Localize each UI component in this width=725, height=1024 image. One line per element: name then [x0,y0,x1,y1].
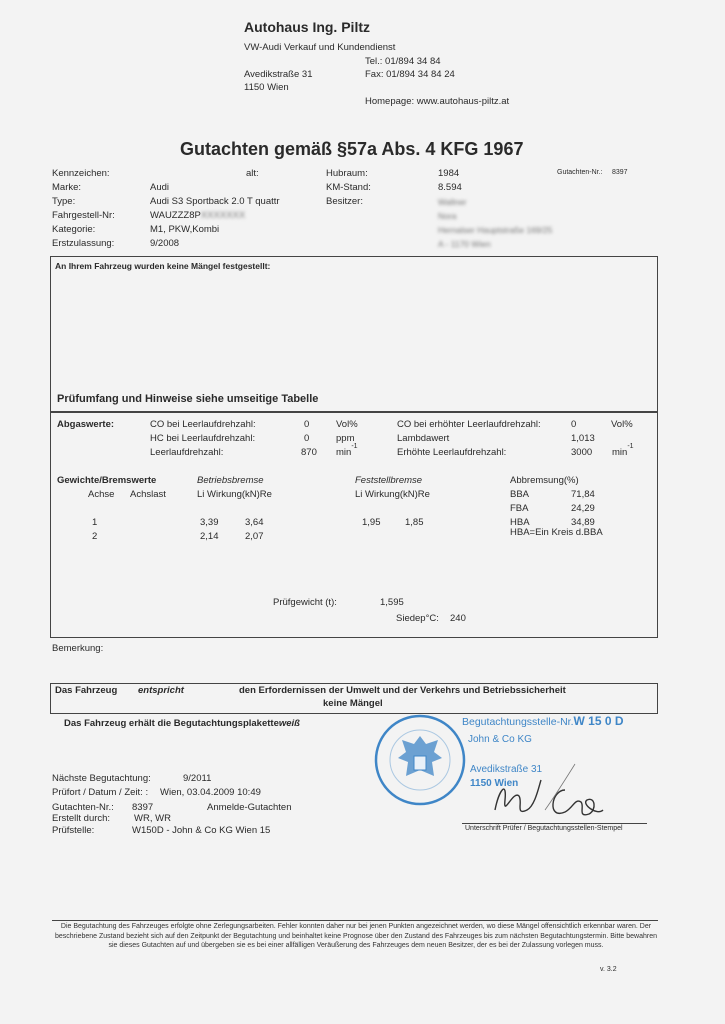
unit-sup: -1 [627,443,633,450]
unit-sup: -1 [351,443,357,450]
axle-1-bb-li: 3,39 [200,517,219,528]
axle-1-number: 1 [92,517,97,528]
fgst-label: Fahrgestell-Nr: [52,210,115,221]
verdict-text: den Erfordernissen der Umwelt und der Ve… [239,685,566,696]
gnr-value: 8397 [132,802,153,813]
emission-left-0-unit: Vol% [336,419,358,430]
fgst-redacted: XXXXXXX [201,210,245,221]
fb-wirkung-label: Li Wirkung(kN)Re [355,489,430,500]
company-homepage: Homepage: www.autohaus-piltz.at [365,96,509,107]
type-label: Type: [52,196,75,207]
emission-right-1-value: 1,013 [571,433,595,444]
defects-heading: An Ihrem Fahrzeug wurden keine Mängel fe… [55,261,270,271]
brakes-heading: Gewichte/Bremswerte [57,475,156,486]
bb-wirkung-label: Li Wirkung(kN)Re [197,489,272,500]
gutachten-nr-label: Gutachten-Nr.: [557,169,603,176]
emission-left-2-unit: min-1 [336,447,358,458]
km-label: KM-Stand: [326,182,371,193]
defects-box [50,256,658,412]
company-city: 1150 Wien [244,82,289,93]
pruefort-value: Wien, 03.04.2009 10:49 [160,787,261,798]
alt-label: alt: [246,168,259,179]
kategorie-label: Kategorie: [52,224,95,235]
unit-min: min [612,447,627,458]
emission-left-1-label: HC bei Leerlaufdrehzahl: [150,433,255,444]
emission-left-0-label: CO bei Leerlaufdrehzahl: [150,419,256,430]
company-name: Autohaus Ing. Piltz [244,19,370,35]
feststellbremse-label: Feststellbremse [355,475,422,486]
verdict-line2: keine Mängel [323,698,383,709]
stamp-company: John & Co KG [468,734,532,745]
pruefort-label: Prüfort / Datum / Zeit: : [52,787,148,798]
company-tel: Tel.: 01/894 34 84 [365,56,441,67]
bba-label: BBA [510,489,529,500]
gutachten-nr-value: 8397 [612,169,628,176]
erstellt-label: Erstellt durch: [52,813,110,824]
besitzer-line-1: Wallner [438,197,467,207]
emissions-heading: Abgaswerte: [57,419,114,430]
axle-1-bb-re: 3,64 [245,517,264,528]
emission-right-0-value: 0 [571,419,576,430]
stamp-station: Begutachtungsstelle-Nr.W 15 0 D [462,714,624,728]
emission-right-1-label: Lambdawert [397,433,449,444]
verdict-subject: Das Fahrzeug [55,685,117,696]
document-page: Autohaus Ing. Piltz VW-Audi Verkauf und … [0,0,725,1024]
pruefstelle-label: Prüfstelle: [52,825,94,836]
bba-value: 71,84 [571,489,595,500]
siedep-value: 240 [450,613,466,624]
emission-right-2-label: Erhöhte Leerlaufdrehzahl: [397,447,506,458]
marke-value: Audi [150,182,169,193]
fgst-visible: WAUZZZ8P [150,210,201,221]
signature-caption: Unterschrift Prüfer / Begutachtungsstell… [465,825,623,832]
footer-disclaimer: Die Begutachtung des Fahrzeuges erfolgte… [52,922,660,951]
kennzeichen-label: Kennzeichen: [52,168,110,179]
fba-label: FBA [510,503,528,514]
fba-value: 24,29 [571,503,595,514]
plakette-text: Das Fahrzeug erhält die Begutachtungspla… [64,718,300,729]
erstzulassung-label: Erstzulassung: [52,238,114,249]
footer-version: v. 3.2 [600,966,617,973]
kategorie-value: M1, PKW,Kombi [150,224,219,235]
emission-left-0-value: 0 [304,419,309,430]
company-fax: Fax: 01/894 34 84 24 [365,69,455,80]
emission-left-1-value: 0 [304,433,309,444]
hubraum-value: 1984 [438,168,459,179]
pruefgewicht-label: Prüfgewicht (t): [273,597,337,608]
emission-right-0-label: CO bei erhöhter Leerlaufdrehzahl: [397,419,541,430]
document-title: Gutachten gemäß §57a Abs. 4 KFG 1967 [180,139,523,160]
hba-note: HBA=Ein Kreis d.BBA [510,527,603,538]
besitzer-label: Besitzer: [326,196,363,207]
official-seal-icon [372,712,468,808]
plakette-label: Das Fahrzeug erhält die Begutachtungspla… [64,718,279,729]
type-value: Audi S3 Sportback 2.0 T quattr [150,196,280,207]
hubraum-label: Hubraum: [326,168,368,179]
naechste-value: 9/2011 [183,773,211,784]
company-street: Avedikstraße 31 [244,69,312,80]
emission-right-2-value: 3000 [571,447,592,458]
abbremsung-label: Abbremsung(%) [510,475,579,486]
plakette-color: weiß [279,718,300,729]
besitzer-line-2: Nora [438,211,456,221]
unit-min: min [336,447,351,458]
emission-right-2-unit: min-1 [612,447,634,458]
siedep-label: Siedep°C: [396,613,439,624]
scope-note: Prüfumfang und Hinweise siehe umseitige … [57,393,318,405]
naechste-label: Nächste Begutachtung: [52,773,151,784]
stamp-station-label: Begutachtungsstelle-Nr. [462,716,573,728]
emission-left-2-value: 870 [301,447,317,458]
erstellt-value: WR, WR [134,813,171,824]
emission-right-0-unit: Vol% [611,419,633,430]
axle-1-fb-re: 1,85 [405,517,424,528]
axle-2-bb-li: 2,14 [200,531,219,542]
pruefstelle-value: W150D - John & Co KG Wien 15 [132,825,270,836]
stamp-station-nr: W 15 0 D [573,714,623,728]
achse-label: Achse [88,489,114,500]
axle-2-bb-re: 2,07 [245,531,264,542]
signature-icon [485,760,615,824]
besitzer-line-4: A - 1170 Wien [438,239,491,249]
marke-label: Marke: [52,182,81,193]
verdict-status: entspricht [138,685,184,696]
bemerkung-label: Bemerkung: [52,643,103,654]
betriebsbremse-label: Betriebsbremse [197,475,264,486]
gnr-label: Gutachten-Nr.: [52,802,114,813]
km-value: 8.594 [438,182,462,193]
axle-2-number: 2 [92,531,97,542]
pruefgewicht-value: 1,595 [380,597,404,608]
fgst-value: WAUZZZ8PXXXXXXX [150,210,245,221]
besitzer-line-3: Hernalser Hauptstraße 169/25 [438,225,552,235]
emission-left-2-label: Leerlaufdrehzahl: [150,447,223,458]
signature-line [462,823,647,824]
gutachten-art: Anmelde-Gutachten [207,802,292,813]
footer-divider [52,920,658,921]
company-subtitle: VW-Audi Verkauf und Kundendienst [244,42,395,53]
achslast-label: Achslast [130,489,166,500]
erstzulassung-value: 9/2008 [150,238,179,249]
axle-1-fb-li: 1,95 [362,517,381,528]
